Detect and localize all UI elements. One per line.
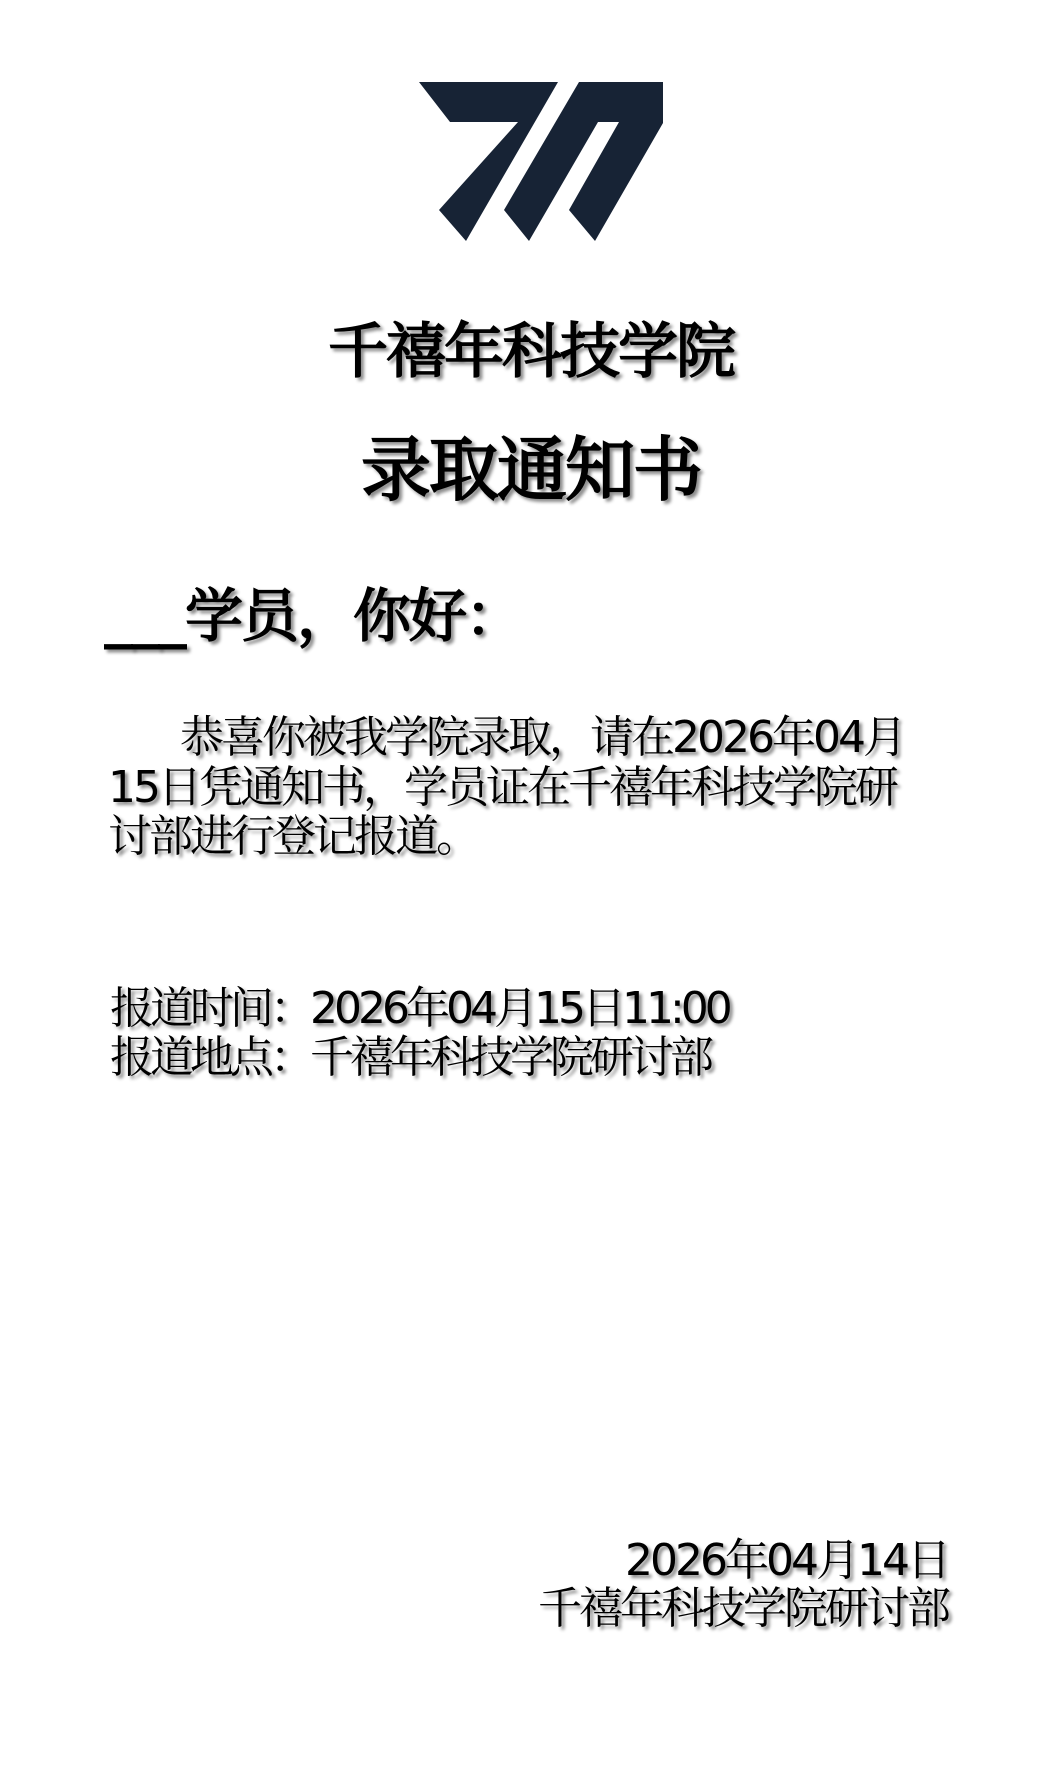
admission-notice-title: 录取通知书 <box>0 425 1062 515</box>
school-name-title: 千禧年科技学院 <box>0 312 1062 392</box>
report-time-label: 报道时间： <box>110 983 310 1034</box>
report-place: 报道地点：千禧年科技学院研讨部 <box>110 1033 710 1083</box>
school-logo-icon <box>0 0 1062 260</box>
body-line: 15日凭通知书，学员证在千禧年科技学院研 <box>108 763 896 813</box>
body-line: 讨部进行登记报道。 <box>108 812 477 862</box>
greeting: ___学员，你好： <box>104 576 521 656</box>
report-time-value: 2026年04月15日11:00 <box>310 983 729 1034</box>
signature-organization: 千禧年科技学院研讨部 <box>538 1584 948 1634</box>
report-place-value: 千禧年科技学院研讨部 <box>310 1032 710 1083</box>
signature-date: 2026年04月14日 <box>625 1536 948 1586</box>
report-time: 报道时间：2026年04月15日11:00 <box>110 984 729 1034</box>
report-place-label: 报道地点： <box>110 1032 310 1083</box>
body-line: 恭喜你被我学院录取，请在2026年04月 <box>180 713 904 763</box>
